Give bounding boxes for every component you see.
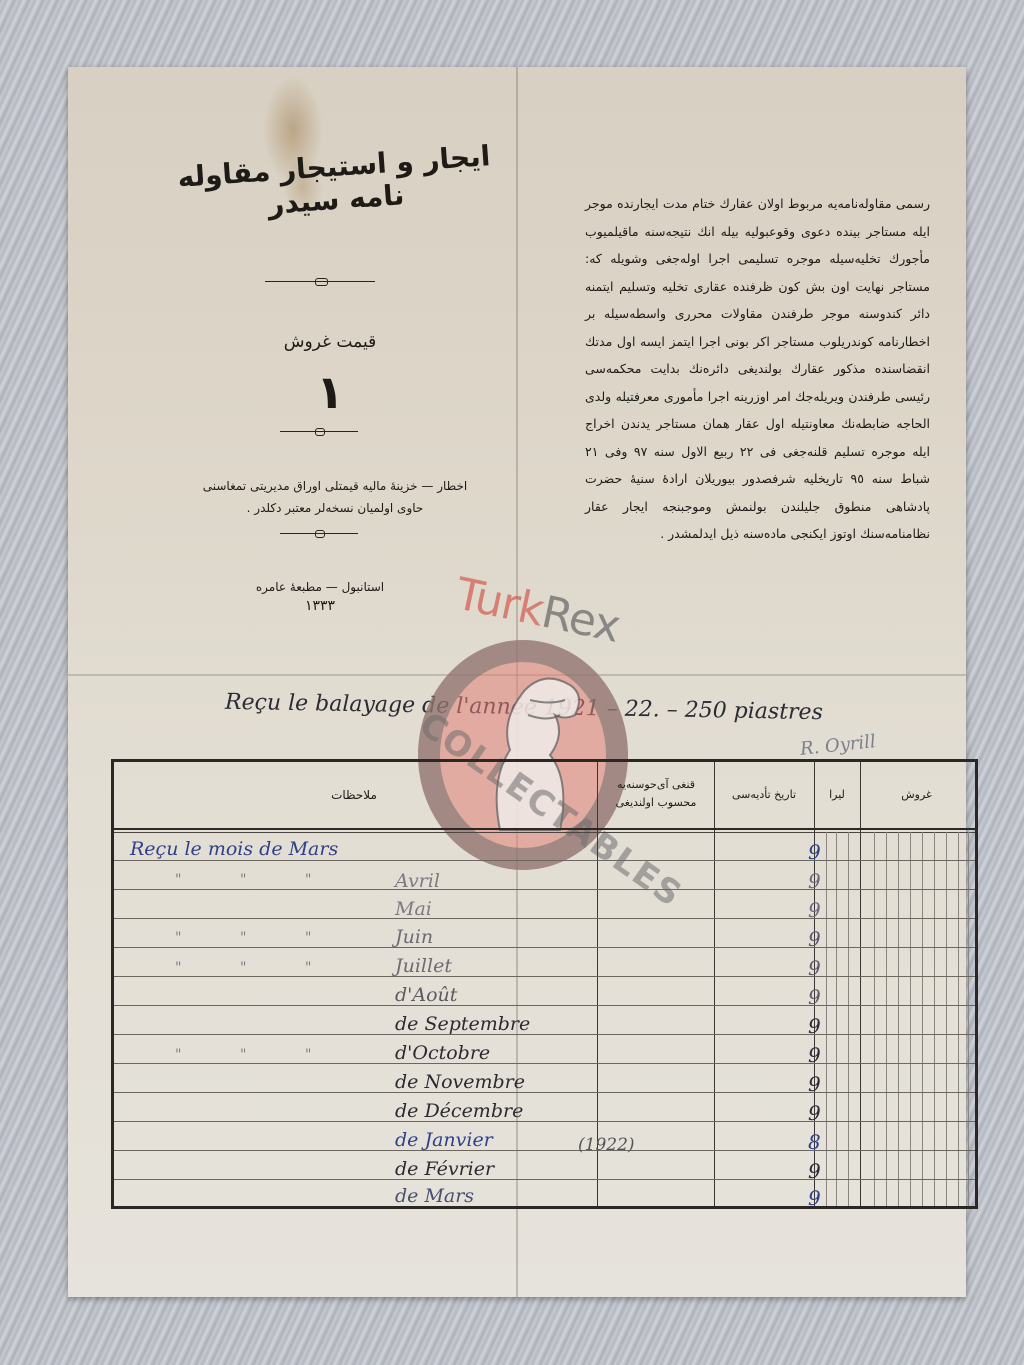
year-annotation: (1922) [578, 1135, 635, 1155]
lira-amount: 9 [808, 898, 821, 922]
rent-ledger-table: ملاحظات قنغی آی‌حوسنه‌یه محسوب اولندیغی … [111, 759, 978, 1209]
header-remarks: ملاحظات [264, 788, 444, 802]
header-month-applied: قنغی آی‌حوسنه‌یه محسوب اولندیغی [601, 776, 711, 812]
ditto-mark: " [305, 960, 311, 976]
header-rule [114, 832, 975, 833]
warning-notice: اخطار — خزینهٔ مالیه قیمتلی اوراق مدیریت… [190, 475, 480, 519]
ledger-row-note: de Janvier [395, 1129, 493, 1151]
header-rule [114, 828, 975, 830]
lira-amount: 9 [808, 869, 821, 893]
ornament-divider [265, 281, 375, 282]
ledger-row-note: d'Août [395, 984, 457, 1006]
ledger-row-note: Juin [395, 926, 433, 948]
imprint-year: ١٣٣٣ [240, 597, 400, 615]
ledger-row-note: Mai [395, 898, 432, 920]
ledger-row-note: de Mars [395, 1185, 474, 1207]
ditto-mark: " [175, 960, 181, 976]
ditto-mark: " [305, 872, 311, 888]
lira-amount: 9 [808, 956, 821, 980]
ledger-row-note: Avril [395, 870, 440, 892]
ditto-mark: " [175, 1047, 181, 1063]
price-value: ١ [250, 365, 410, 419]
regulation-text: رسمی مقاوله‌نامه‌یه مربوط اولان عقارك خت… [585, 190, 930, 548]
ornament-divider [280, 533, 358, 534]
ornament-divider [280, 431, 358, 432]
lira-amount: 9 [808, 1186, 821, 1210]
ledger-row-note: de Septembre [395, 1013, 530, 1035]
ditto-mark: " [305, 1047, 311, 1063]
lira-amount: 8 [808, 1130, 821, 1154]
ditto-mark: " [240, 872, 246, 888]
lira-amount: 9 [808, 927, 821, 951]
ditto-mark: " [305, 930, 311, 946]
lira-amount: 9 [808, 1101, 821, 1125]
header-kurus: غروش [864, 788, 969, 801]
header-lira: لیرا [817, 788, 857, 801]
ditto-mark: " [175, 872, 181, 888]
ditto-mark: " [240, 930, 246, 946]
lira-amount: 9 [808, 1014, 821, 1038]
lira-amount: 9 [808, 985, 821, 1009]
lira-amount: 9 [808, 1043, 821, 1067]
ledger-row-note: de Décembre [395, 1100, 523, 1122]
ditto-mark: " [240, 1047, 246, 1063]
imprint-place: استانبول — مطبعهٔ عامره [240, 578, 400, 596]
lira-amount: 9 [808, 1072, 821, 1096]
price-label: قیمت غروش [250, 332, 410, 352]
lira-amount: 9 [808, 1159, 821, 1183]
ledger-row-note: d'Octobre [395, 1042, 490, 1064]
ledger-row-note: de Février [395, 1158, 494, 1180]
ledger-row-note: Juillet [395, 955, 452, 977]
lira-amount: 9 [808, 840, 821, 864]
header-payment-date: تاریخ تأدیه‌سی [718, 788, 810, 801]
ditto-mark: " [175, 930, 181, 946]
ditto-mark: " [240, 960, 246, 976]
ledger-row-note: Reçu le mois de Mars [130, 838, 338, 860]
ledger-row-note: de Novembre [395, 1071, 525, 1093]
